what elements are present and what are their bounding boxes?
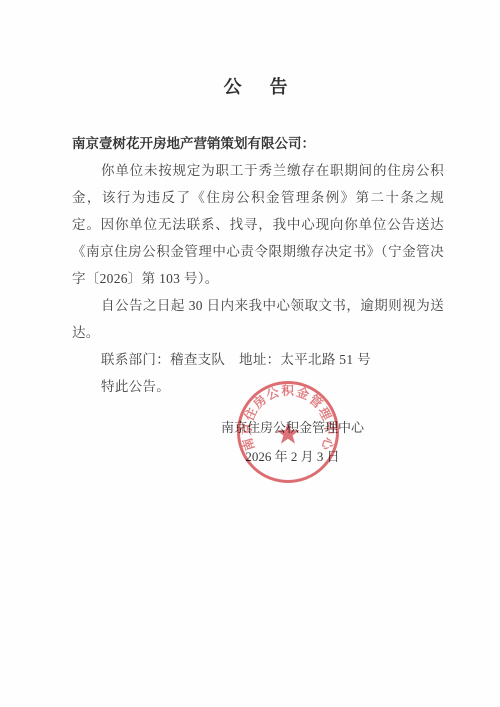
notice-paragraph: 自公告之日起 30 日内来我中心领取文书，逾期则视为送达。 bbox=[72, 292, 444, 346]
issuer-name: 南京住房公积金管理中心 bbox=[170, 414, 415, 443]
signature-block: 南京住房公积金管理中心 2026 年 2 月 3 日 bbox=[170, 414, 415, 471]
issue-date: 2026 年 2 月 3 日 bbox=[170, 443, 415, 472]
notice-title: 公 告 bbox=[72, 74, 444, 100]
closing-line: 特此公告。 bbox=[72, 373, 444, 400]
notice-document: 公 告 南京壹树花开房地产营销策划有限公司： 你单位未按规定为职工于秀兰缴存在职… bbox=[0, 0, 500, 707]
notice-paragraph: 你单位未按规定为职工于秀兰缴存在职期间的住房公积金，该行为违反了《住房公积金管理… bbox=[72, 157, 444, 292]
addressee-line: 南京壹树花开房地产营销策划有限公司： bbox=[72, 130, 444, 157]
contact-line: 联系部门：稽查支队 地址：太平北路 51 号 bbox=[72, 346, 444, 373]
